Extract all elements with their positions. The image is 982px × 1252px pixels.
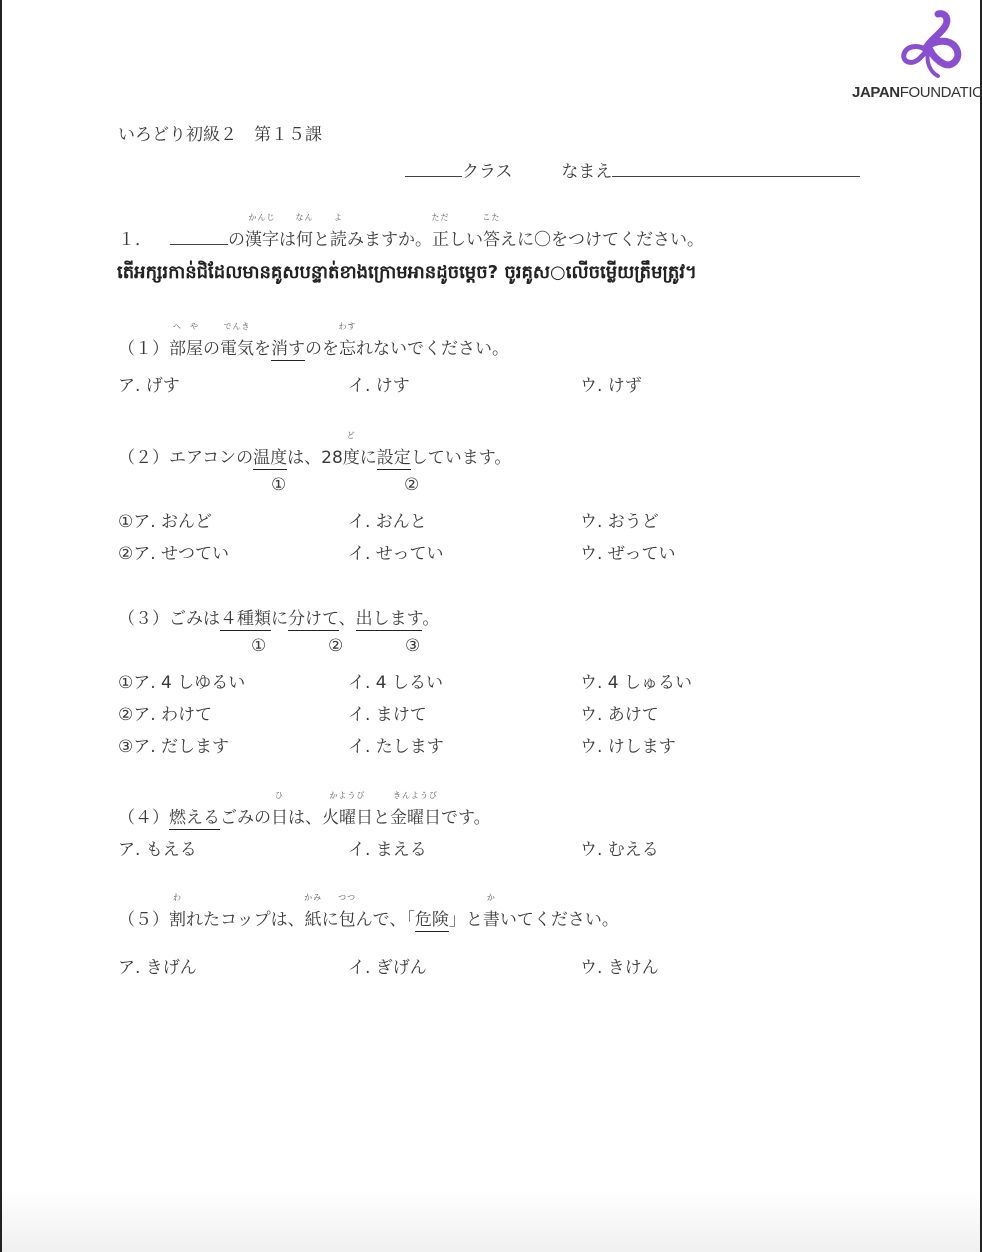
q2-1-option-a[interactable]: ①ア. おんど bbox=[118, 507, 212, 532]
q3-1-option-u[interactable]: ウ. 4 しゅるい bbox=[580, 668, 692, 693]
question-5-sentence: （５）わ割れたコップは、かみ紙につつ包んで、「危険」とか書いてください。 bbox=[118, 905, 619, 930]
butterfly-logo-icon bbox=[900, 10, 966, 80]
logo-wordmark: JAPANFOUNDATION bbox=[852, 84, 982, 101]
q1-option-u[interactable]: ウ. けず bbox=[580, 371, 642, 396]
q3-3-option-a[interactable]: ③ア. だします bbox=[118, 732, 229, 757]
instruction-khmer: តើអក្សរកាន់ជិដែលមានគូសបន្ទាត់ខាងក្រោមអាន… bbox=[117, 260, 697, 287]
q2-1-option-i[interactable]: イ. おんと bbox=[348, 507, 427, 532]
q5-option-u[interactable]: ウ. きけん bbox=[580, 953, 659, 978]
target-word-2: 分けて bbox=[288, 609, 339, 631]
q3-1-option-a[interactable]: ①ア. 4 しゆるい bbox=[118, 668, 245, 693]
q5-option-a[interactable]: ア. きげん bbox=[118, 953, 197, 978]
q1-option-i[interactable]: イ. けす bbox=[348, 371, 410, 396]
class-blank[interactable] bbox=[405, 175, 462, 177]
q2-2-option-u[interactable]: ウ. ぜってい bbox=[580, 539, 675, 564]
target-word-1: 温度 bbox=[253, 448, 287, 470]
target-word: 消す bbox=[271, 339, 305, 361]
target-word: 燃える bbox=[169, 808, 220, 830]
marker-2: ② bbox=[328, 636, 343, 656]
q3-2-option-a[interactable]: ②ア. わけて bbox=[118, 700, 212, 725]
question-2-sentence: （２）エアコンの温度は、28ど度に設定しています。 bbox=[118, 443, 511, 468]
q3-3-option-i[interactable]: イ. たします bbox=[348, 732, 444, 757]
q3-2-option-u[interactable]: ウ. あけて bbox=[580, 700, 659, 725]
q4-option-u[interactable]: ウ. むえる bbox=[580, 835, 659, 860]
marker-2: ② bbox=[404, 475, 419, 495]
marker-1: ① bbox=[251, 636, 266, 656]
q4-option-a[interactable]: ア. もえる bbox=[118, 835, 197, 860]
japan-foundation-logo: JAPANFOUNDATION bbox=[848, 8, 970, 104]
marker-1: ① bbox=[271, 475, 286, 495]
class-name-line: クラス なまえ bbox=[405, 157, 860, 182]
marker-3: ③ bbox=[405, 636, 420, 656]
question-1-sentence: （１）へ部や屋のでんき電気を消すのをわす忘れないでください。 bbox=[118, 334, 509, 359]
q2-1-option-u[interactable]: ウ. おうど bbox=[580, 507, 659, 532]
q5-option-i[interactable]: イ. ぎげん bbox=[348, 953, 427, 978]
instruction-japanese: １．のかんじ漢字はなん何とよ読みますか。ただ正しいこた答えに〇をつけてください。 bbox=[118, 225, 704, 250]
q1-option-a[interactable]: ア. げす bbox=[118, 371, 180, 396]
target-word-3: 出します bbox=[356, 609, 423, 631]
page-border-left bbox=[0, 0, 2, 1252]
name-blank[interactable] bbox=[612, 175, 860, 177]
q3-3-option-u[interactable]: ウ. けします bbox=[580, 732, 676, 757]
target-word-1: ４種類 bbox=[220, 609, 271, 631]
q3-2-option-i[interactable]: イ. まけて bbox=[348, 700, 427, 725]
question-3-sentence: （３）ごみは４種類に分けて、出します。 bbox=[118, 604, 439, 629]
question-4-sentence: （４）燃えるごみのひ日は、かようび火曜日ときんようび金曜日です。 bbox=[118, 803, 491, 828]
underline-blank bbox=[170, 243, 228, 245]
lesson-title: いろどり初級２ 第１５課 bbox=[118, 120, 322, 145]
q2-2-option-i[interactable]: イ. せってい bbox=[348, 539, 443, 564]
q2-2-option-a[interactable]: ②ア. せつてい bbox=[118, 539, 229, 564]
target-word-2: 設定 bbox=[377, 448, 411, 470]
class-label: クラス bbox=[462, 162, 513, 182]
target-word: 危険 bbox=[415, 910, 449, 932]
q3-1-option-i[interactable]: イ. 4 しるい bbox=[348, 668, 443, 693]
q4-option-i[interactable]: イ. まえる bbox=[348, 835, 427, 860]
name-label: なまえ bbox=[561, 162, 612, 182]
